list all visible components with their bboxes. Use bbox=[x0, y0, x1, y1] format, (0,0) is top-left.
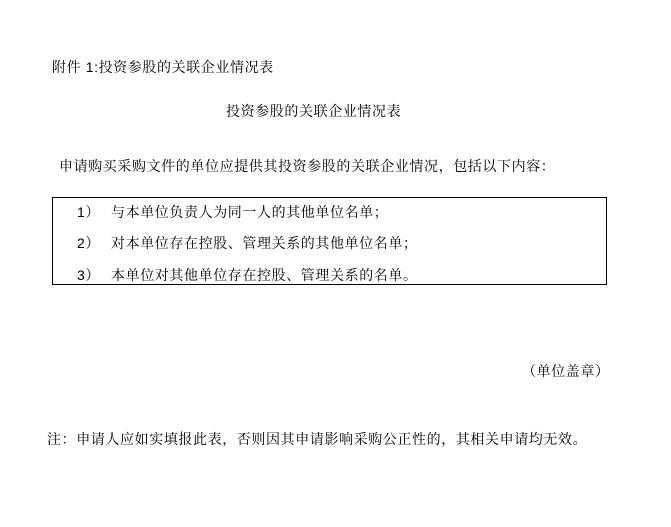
attachment-label: 附件 1:投资参股的关联企业情况表 bbox=[52, 57, 274, 77]
document-page: 附件 1:投资参股的关联企业情况表 投资参股的关联企业情况表 申请购买采购文件的… bbox=[0, 0, 671, 527]
list-item: 3） 本单位对其他单位存在控股、管理关系的名单。 bbox=[77, 265, 418, 285]
list-item-number: 3） bbox=[77, 265, 102, 285]
footnote: 注：申请人应如实填报此表，否则因其申请影响采购公正性的，其相关申请均无效。 bbox=[47, 429, 587, 449]
list-item-text: 对本单位存在控股、管理关系的其他单位名单； bbox=[111, 233, 418, 253]
list-item-text: 与本单位负责人为同一人的其他单位名单； bbox=[111, 202, 388, 222]
intro-paragraph: 申请购买采购文件的单位应提供其投资参股的关联企业情况，包括以下内容： bbox=[59, 156, 555, 176]
list-item-number: 1） bbox=[77, 202, 102, 222]
list-item: 2） 对本单位存在控股、管理关系的其他单位名单； bbox=[77, 233, 418, 253]
document-title: 投资参股的关联企业情况表 bbox=[226, 101, 401, 121]
requirements-box: 1） 与本单位负责人为同一人的其他单位名单； 2） 对本单位存在控股、管理关系的… bbox=[52, 197, 607, 285]
list-item-text: 本单位对其他单位存在控股、管理关系的名单。 bbox=[111, 265, 418, 285]
list-item-number: 2） bbox=[77, 233, 102, 253]
list-item: 1） 与本单位负责人为同一人的其他单位名单； bbox=[77, 202, 388, 222]
seal-placeholder: （单位盖章） bbox=[522, 361, 610, 381]
